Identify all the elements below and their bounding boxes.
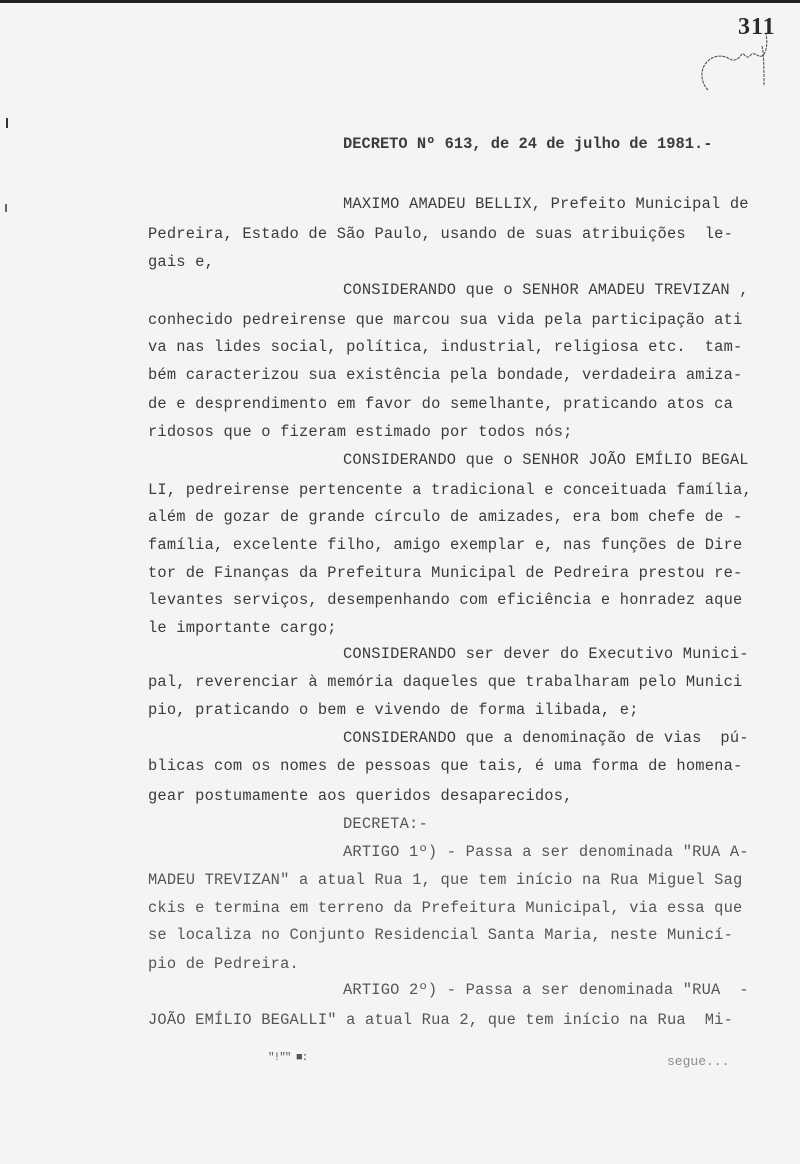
margin-mark	[6, 118, 8, 128]
document-line: ridosos que o fizeram estimado por todos…	[148, 422, 573, 442]
document-line: se localiza no Conjunto Residencial Sant…	[148, 925, 733, 945]
scan-top-edge	[0, 0, 800, 3]
document-line: pio, praticando o bem e vivendo de forma…	[148, 700, 639, 720]
document-line: JOÃO EMÍLIO BEGALLI" a atual Rua 2, que …	[148, 1010, 733, 1030]
document-line: gear postumamente aos queridos desaparec…	[148, 786, 573, 806]
continues-label: segue...	[667, 1054, 729, 1069]
document-line: pio de Pedreira.	[148, 954, 299, 974]
document-line: Pedreira, Estado de São Paulo, usando de…	[148, 224, 733, 244]
margin-mark	[5, 204, 7, 212]
document-line: DECRETA:-	[343, 814, 428, 834]
document-line: pal, reverenciar à memória daqueles que …	[148, 672, 742, 692]
document-line: família, excelente filho, amigo exemplar…	[148, 535, 742, 555]
document-line: CONSIDERANDO que o SENHOR AMADEU TREVIZA…	[343, 280, 749, 300]
document-line: ckis e termina em terreno da Prefeitura …	[148, 898, 742, 918]
document-line: LI, pedreirense pertencente a tradiciona…	[148, 480, 752, 500]
document-line: le importante cargo;	[148, 618, 337, 638]
document-line: ARTIGO 1º) - Passa a ser denominada "RUA…	[343, 842, 749, 862]
document-line: conhecido pedreirense que marcou sua vid…	[148, 310, 742, 330]
document-line: tor de Finanças da Prefeitura Municipal …	[148, 563, 742, 583]
document-line: CONSIDERANDO ser dever do Executivo Muni…	[343, 644, 749, 664]
document-line: ARTIGO 2º) - Passa a ser denominada "RUA…	[343, 980, 749, 1000]
document-line: gais e,	[148, 252, 214, 272]
document-line: blicas com os nomes de pessoas que tais,…	[148, 756, 742, 776]
document-line: va nas lides social, política, industria…	[148, 337, 742, 357]
handwritten-rubric-icon	[700, 34, 800, 104]
document-line: levantes serviços, desempenhando com efi…	[148, 590, 742, 610]
document-line: além de gozar de grande círculo de amiza…	[148, 507, 742, 527]
document-line: MADEU TREVIZAN" a atual Rua 1, que tem i…	[148, 870, 742, 890]
document-line: CONSIDERANDO que a denominação de vias p…	[343, 728, 749, 748]
stamp-mark: "!"" ■:	[268, 1052, 307, 1064]
document-line: CONSIDERANDO que o SENHOR JOÃO EMÍLIO BE…	[343, 450, 749, 470]
document-line: bém caracterizou sua existência pela bon…	[148, 365, 742, 385]
decree-header: DECRETO Nº 613, de 24 de julho de 1981.-	[343, 135, 712, 153]
document-line: MAXIMO AMADEU BELLIX, Prefeito Municipal…	[343, 194, 749, 214]
document-line: de e desprendimento em favor do semelhan…	[148, 394, 733, 414]
